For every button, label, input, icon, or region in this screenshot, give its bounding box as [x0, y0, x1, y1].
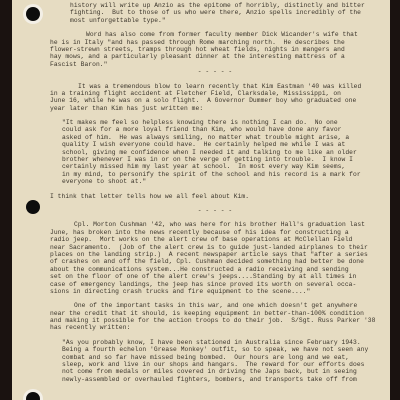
- punch-hole: [26, 200, 40, 214]
- separator: - - - - -: [50, 207, 380, 214]
- text-line: near Sacramento. (Job of the alert crew …: [50, 244, 380, 251]
- text-line: certainly missed him my last year at sch…: [50, 163, 380, 170]
- text-line: asked of him. He was always smiling, no …: [50, 134, 380, 141]
- text-line: everyone to shoot at.": [50, 178, 380, 185]
- text-line: It was a tremendous blow to learn recent…: [50, 83, 380, 90]
- text-line: combat and so far have missed being bomb…: [50, 354, 380, 361]
- text-line: "As you probably know, I have been stati…: [50, 339, 380, 346]
- typed-text: history will write up Anzio as the epito…: [50, 0, 380, 383]
- text-line: in my mind, to personify the spirit of t…: [50, 171, 380, 178]
- text-line: I think that letter tells how we all fee…: [50, 193, 380, 200]
- text-line: Fascist Baron.": [50, 61, 380, 68]
- text-line: "It makes me feel so helpless knowing th…: [50, 119, 380, 126]
- text-line: year later than Kim has just written me:: [50, 105, 380, 112]
- text-line: set on the floor of one of the alert cre…: [50, 273, 380, 280]
- text-line: case of emergency landings, the jeep has…: [50, 281, 380, 288]
- text-line: Word has also come from former faculty m…: [50, 31, 380, 38]
- text-line: June, has broken into the news recently …: [50, 229, 380, 236]
- text-line: quality I wish everyone could have. He c…: [50, 141, 380, 148]
- text-line: places on the landing strip.) A recent n…: [50, 251, 380, 258]
- separator: - - - - -: [50, 68, 380, 75]
- text-line: could ask for a more loyal friend than K…: [50, 126, 380, 133]
- text-line: history will write up Anzio as the epito…: [50, 2, 380, 9]
- text-line: flower-strewn streets, tramps through ho…: [50, 46, 380, 53]
- text-line: Cpl. Morton Cushman '42, who was here fo…: [50, 221, 380, 228]
- text-line: sleep, work and live in our shops and ha…: [50, 361, 380, 368]
- text-line: and making it possible for the action tr…: [50, 317, 380, 324]
- text-line: June 16, while he was on a solo flight. …: [50, 97, 380, 104]
- text-line: hay mows, and a particularly pleasant di…: [50, 53, 380, 60]
- text-line: brother whenever I was in or on the verg…: [50, 156, 380, 163]
- text-line: sions in directing crash trucks and fire…: [50, 288, 380, 295]
- text-line: of crashes on and off the field, Cpl. Cu…: [50, 258, 380, 265]
- text-line: radio jeep. Mort works on the alert crew…: [50, 236, 380, 243]
- document-page: history will write up Anzio as the epito…: [12, 0, 390, 400]
- punch-hole: [26, 7, 40, 21]
- text-line: about the communications system...He con…: [50, 266, 380, 273]
- text-line: he is in Italy "and has passed through R…: [50, 39, 380, 46]
- text-line: Being a fourth echelon 'Grease Monkey' o…: [50, 346, 380, 353]
- text-line: most unforgettable type.": [50, 17, 380, 24]
- text-line: in a training flight accident at Fletche…: [50, 90, 380, 97]
- text-line: has recently written:: [50, 324, 380, 331]
- text-line: newly-assembled or overhauled fighters, …: [50, 376, 380, 383]
- text-line: One of the important tasks in this war, …: [50, 302, 380, 309]
- text-line: near the credit that it should, is keepi…: [50, 310, 380, 317]
- text-line: school, giving me confidence when I need…: [50, 149, 380, 156]
- text-line: fighting. But to those of us who were th…: [50, 9, 380, 16]
- punch-hole: [26, 392, 40, 400]
- text-line: not come from medals or miles covered in…: [50, 368, 380, 375]
